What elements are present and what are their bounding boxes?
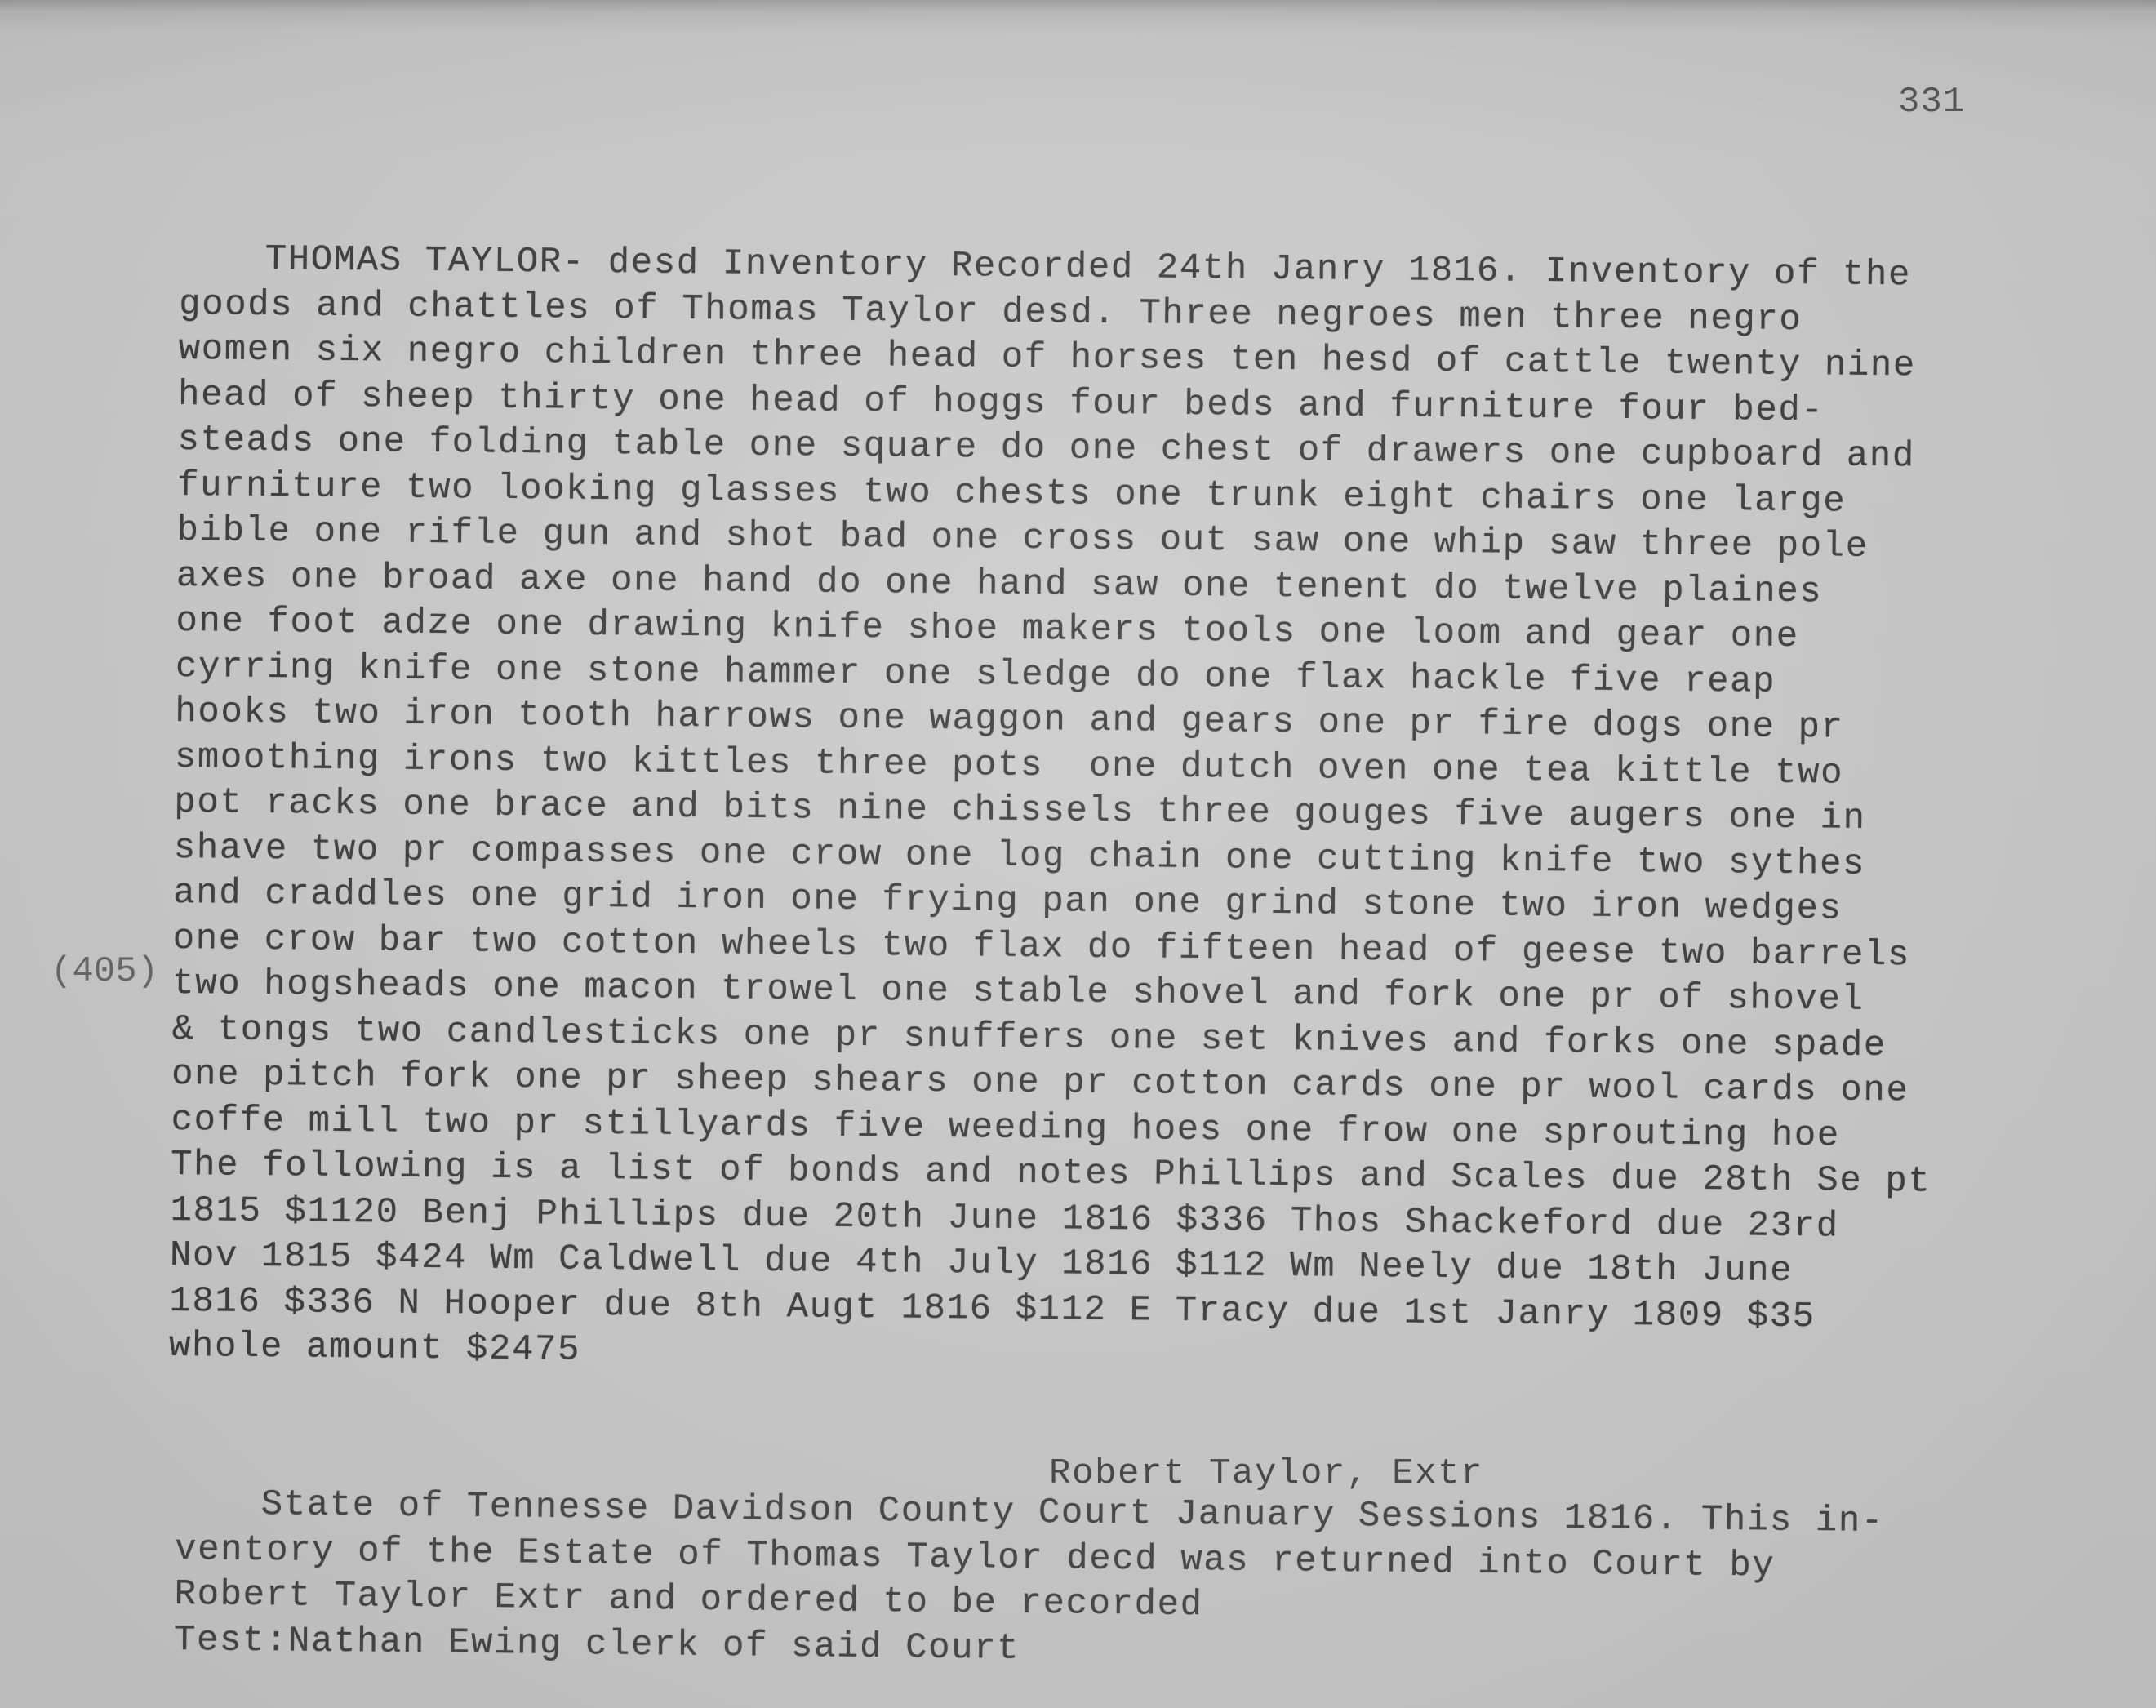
margin-note: (405) <box>51 951 158 992</box>
executor-signature: Robert Taylor, Extr <box>1049 1453 1483 1494</box>
court-attestation: State of Tennesse Davidson County Court … <box>174 1482 1972 1682</box>
scanned-document-page: 331 (405) THOMAS TAYLOR- desd Inventory … <box>0 0 2156 1708</box>
inventory-text: THOMAS TAYLOR- desd Inventory Recorded 2… <box>169 237 1976 1387</box>
page-number: 331 <box>1898 82 1965 122</box>
